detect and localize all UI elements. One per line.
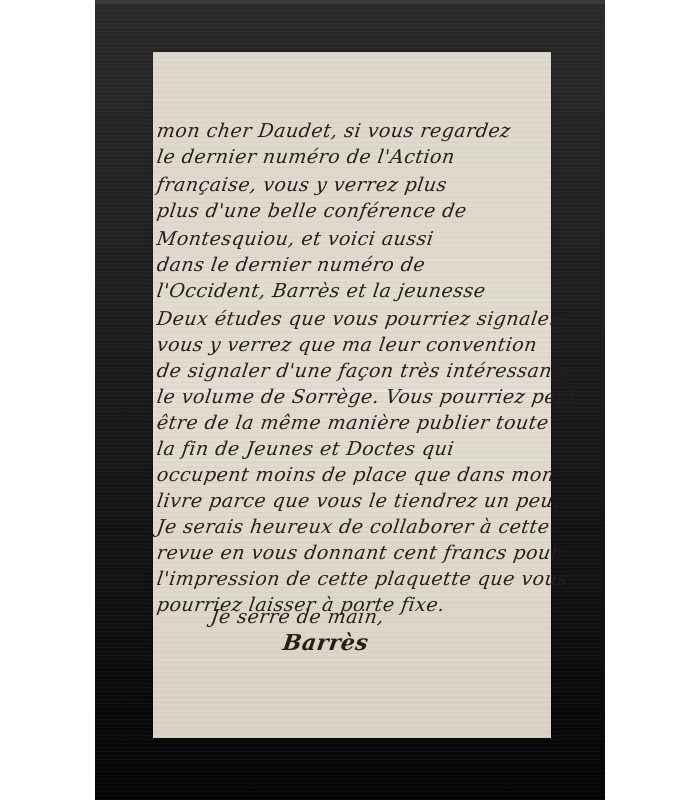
letter-line: Montesquiou, et voici aussi [155,228,435,250]
letter-line: plus d'une belle conférence de [155,200,468,222]
letter-line: vous y verrez que ma leur convention [155,334,538,356]
letter-line: le dernier numéro de l'Action [155,146,456,168]
letter-closing: Je serre de main, [209,606,385,628]
letter-line: Deux études que vous pourriez signaler; [155,308,567,330]
signature: Barrès [281,630,370,656]
letter-line: occupent moins de place que dans mon [155,464,556,486]
letter-line: Je serais heureux de collaborer à cette [155,516,551,538]
handwritten-letter-page: mon cher Daudet, si vous regardez le der… [153,52,551,738]
letter-line: livre parce que vous le tiendrez un peu. [155,490,561,512]
letter-line: être de la même manière publier toute [155,412,550,434]
letter-line: dans le dernier numéro de [155,254,426,276]
letter-line: l'impression de cette plaquette que vous [155,568,569,590]
letter-line: française, vous y verrez plus [155,174,448,196]
letter-line: revue en vous donnant cent francs pour [155,542,562,564]
letter-line: de signaler d'une façon très intéressant… [155,360,573,382]
letter-line: mon cher Daudet, si vous regardez [155,120,512,142]
letter-line: le volume de Sorrège. Vous pourriez peut [155,386,578,408]
letter-line: la fin de Jeunes et Doctes qui [155,438,455,460]
letter-line: l'Occident, Barrès et la jeunesse [155,280,487,302]
